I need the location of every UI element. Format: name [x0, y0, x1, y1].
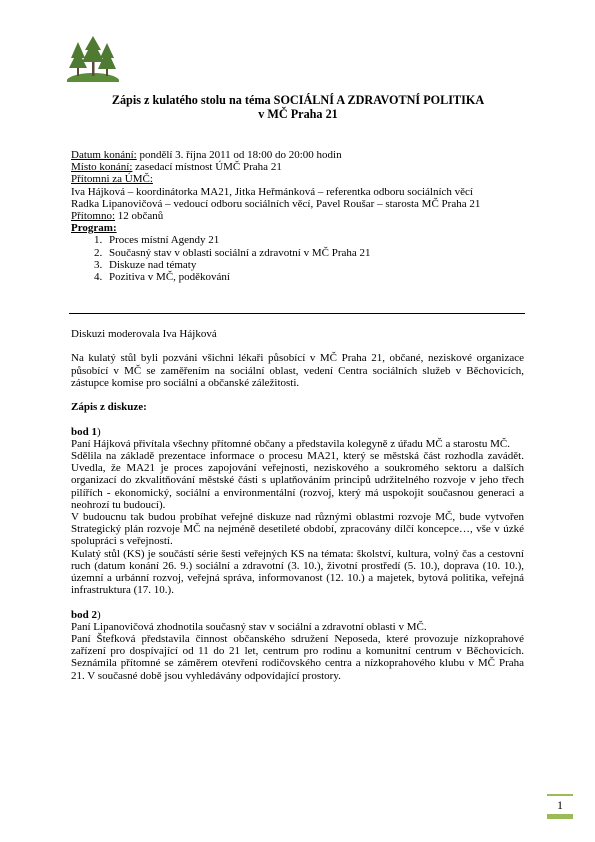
point-2-paragraph: Paní Lipanovičová zhodnotila současný st…	[71, 621, 524, 633]
date-value: pondělí 3. října 2011 od 18:00 do 20:00 …	[137, 149, 342, 161]
moderator-note: Diskuzi moderovala Iva Hájková	[71, 328, 524, 340]
meeting-details: Datum konání: pondělí 3. října 2011 od 1…	[71, 149, 531, 283]
date-label: Datum konání:	[71, 149, 137, 161]
present-names-2: Radka Lipanovičová – vedoucí odboru soci…	[71, 198, 531, 210]
place-value: zasedací místnost ÚMČ Praha 21	[132, 161, 281, 173]
place-label: Místo konání:	[71, 161, 132, 173]
point-1-heading: bod 1)	[71, 426, 524, 438]
program-item: Proces místní Agendy 21	[105, 234, 531, 246]
point-1-paragraph: Paní Hájková přivítala všechny přítomné …	[71, 438, 524, 450]
document-title: Zápis z kulatého stolu na téma SOCIÁLNÍ …	[71, 93, 525, 121]
program-item: Diskuze nad tématy	[105, 259, 531, 271]
date-row: Datum konání: pondělí 3. října 2011 od 1…	[71, 149, 531, 161]
title-line-1: Zápis z kulatého stolu na téma SOCIÁLNÍ …	[71, 93, 525, 107]
document-body: Diskuzi moderovala Iva Hájková Na kulatý…	[71, 328, 524, 682]
present-label: Přítomni za ÚMČ:	[71, 173, 153, 185]
program-label: Program:	[71, 222, 531, 234]
point-1-paragraph: Kulatý stůl (KS) je součástí série šesti…	[71, 548, 524, 597]
pine-trees-logo-icon	[67, 36, 119, 82]
page-number-bottom-bar	[547, 814, 573, 819]
point-2-paragraph: Paní Štefková představila činnost občans…	[71, 633, 524, 682]
page-number: 1	[547, 796, 573, 814]
document-page: Zápis z kulatého stolu na téma SOCIÁLNÍ …	[0, 0, 595, 842]
point-1-paragraph: V budoucnu tak budou probíhat veřejné di…	[71, 511, 524, 548]
place-row: Místo konání: zasedací místnost ÚMČ Prah…	[71, 161, 531, 173]
point-2-heading: bod 2)	[71, 609, 524, 621]
invited-paragraph: Na kulatý stůl byli pozváni všichni léka…	[71, 352, 524, 389]
present-row: Přítomni za ÚMČ:	[71, 173, 531, 185]
attendance-row: Přítomno: 12 občanů	[71, 210, 531, 222]
program-item: Současný stav v oblasti sociální a zdrav…	[105, 247, 531, 259]
attendance-label: Přítomno:	[71, 210, 115, 222]
page-number-box: 1	[547, 794, 573, 819]
point-1-paragraph: Sdělila na základě prezentace informace …	[71, 450, 524, 511]
discussion-heading: Zápis z diskuze:	[71, 401, 524, 413]
program-item: Pozitiva v MČ, poděkování	[105, 271, 531, 283]
present-names-1: Iva Hájková – koordinátorka MA21, Jitka …	[71, 186, 531, 198]
horizontal-divider	[69, 313, 525, 314]
attendance-value: 12 občanů	[115, 210, 163, 222]
program-list: Proces místní Agendy 21 Současný stav v …	[71, 234, 531, 283]
title-line-2: v MČ Praha 21	[71, 107, 525, 121]
